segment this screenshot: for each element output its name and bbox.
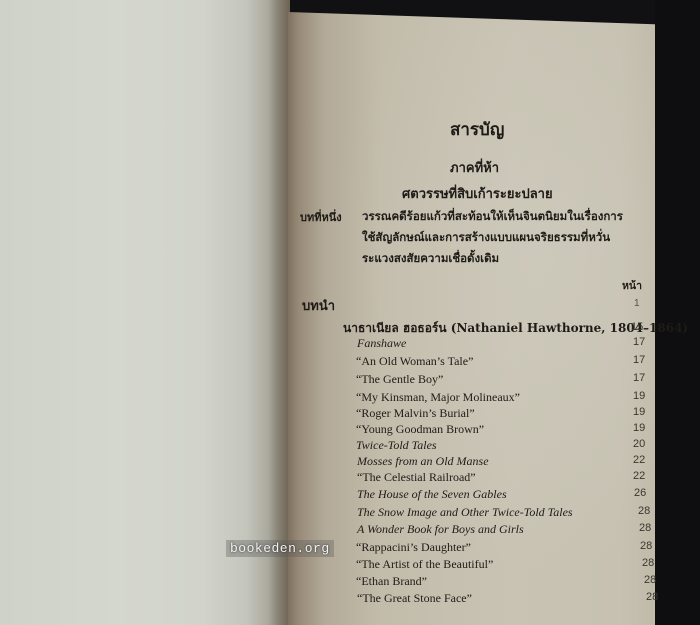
toc-entry-page-number: 28 bbox=[642, 557, 654, 569]
introduction-page-number: 1 bbox=[634, 298, 640, 309]
part-label: ภาคที่ห้า bbox=[450, 157, 499, 178]
toc-entry-page-number: 28 bbox=[638, 505, 650, 517]
toc-entry-page-number: 22 bbox=[633, 454, 645, 466]
toc-entry-title: The House of the Seven Gables bbox=[357, 487, 507, 502]
toc-entry-page-number: 17 bbox=[633, 354, 645, 366]
toc-entry-title: Twice-Told Tales bbox=[356, 438, 437, 453]
toc-entry-title: “The Celestial Railroad” bbox=[357, 470, 476, 485]
chapter-title-line: ระแวงสงสัยความเชื่อดั้งเดิม bbox=[362, 250, 499, 268]
toc-entry-title: Fanshawe bbox=[357, 336, 406, 351]
toc-entry-page-number: 19 bbox=[633, 406, 645, 418]
chapter-title-line: วรรณคดีร้อยแก้วที่สะท้อนให้เห็นจินตนิยมใ… bbox=[362, 208, 623, 226]
introduction-label: บทนำ bbox=[302, 295, 335, 316]
chapter-label: บทที่หนึ่ง bbox=[300, 208, 342, 226]
toc-entry-title: “Ethan Brand” bbox=[356, 574, 427, 589]
chapter-title-line: ใช้สัญลักษณ์และการสร้างแบบแผนจริยธรรมที่… bbox=[362, 229, 610, 247]
part-subtitle: ศตวรรษที่สิบเก้าระยะปลาย bbox=[402, 183, 553, 204]
toc-entry-title: “Roger Malvin’s Burial” bbox=[356, 406, 475, 421]
toc-entry-page-number: 28 bbox=[640, 540, 652, 552]
toc-entry-title: “An Old Woman’s Tale” bbox=[356, 354, 473, 369]
toc-entry-title: The Snow Image and Other Twice-Told Tale… bbox=[357, 505, 573, 520]
toc-entry-title: “The Artist of the Beautiful” bbox=[356, 557, 493, 572]
toc-entry-page-number: 17 bbox=[633, 372, 645, 384]
toc-entry-page-number: 22 bbox=[633, 470, 645, 482]
toc-entry-page-number: 28 bbox=[644, 574, 656, 586]
table-of-contents: สารบัญ ภาคที่ห้า ศตวรรษที่สิบเก้าระยะปลา… bbox=[0, 0, 700, 625]
toc-entry-page-number: 17 bbox=[633, 336, 645, 348]
page-column-header: หน้า bbox=[622, 277, 642, 294]
toc-entry-title: “The Great Stone Face” bbox=[357, 591, 472, 606]
toc-entry-page-number: 20 bbox=[633, 438, 645, 450]
toc-entry-page-number: 28 bbox=[646, 591, 658, 603]
toc-entry-page-number: 19 bbox=[633, 422, 645, 434]
toc-title: สารบัญ bbox=[450, 116, 504, 143]
toc-entry-page-number: 26 bbox=[634, 487, 646, 499]
toc-entry-title: “The Gentle Boy” bbox=[356, 372, 443, 387]
toc-entry-title: “My Kinsman, Major Molineaux” bbox=[356, 390, 520, 405]
toc-entry-title: “Young Goodman Brown” bbox=[356, 422, 484, 437]
book-photo: สารบัญ ภาคที่ห้า ศตวรรษที่สิบเก้าระยะปลา… bbox=[0, 0, 700, 625]
toc-entry-page-number: 28 bbox=[639, 522, 651, 534]
watermark: bookeden.org bbox=[226, 540, 334, 557]
toc-entry-title: “Rappacini’s Daughter” bbox=[356, 540, 471, 555]
toc-entry-title: Mosses from an Old Manse bbox=[357, 454, 489, 469]
toc-entry-title: A Wonder Book for Boys and Girls bbox=[357, 522, 524, 537]
author-page-number: 15 bbox=[631, 321, 643, 333]
toc-entry-page-number: 19 bbox=[633, 390, 645, 402]
